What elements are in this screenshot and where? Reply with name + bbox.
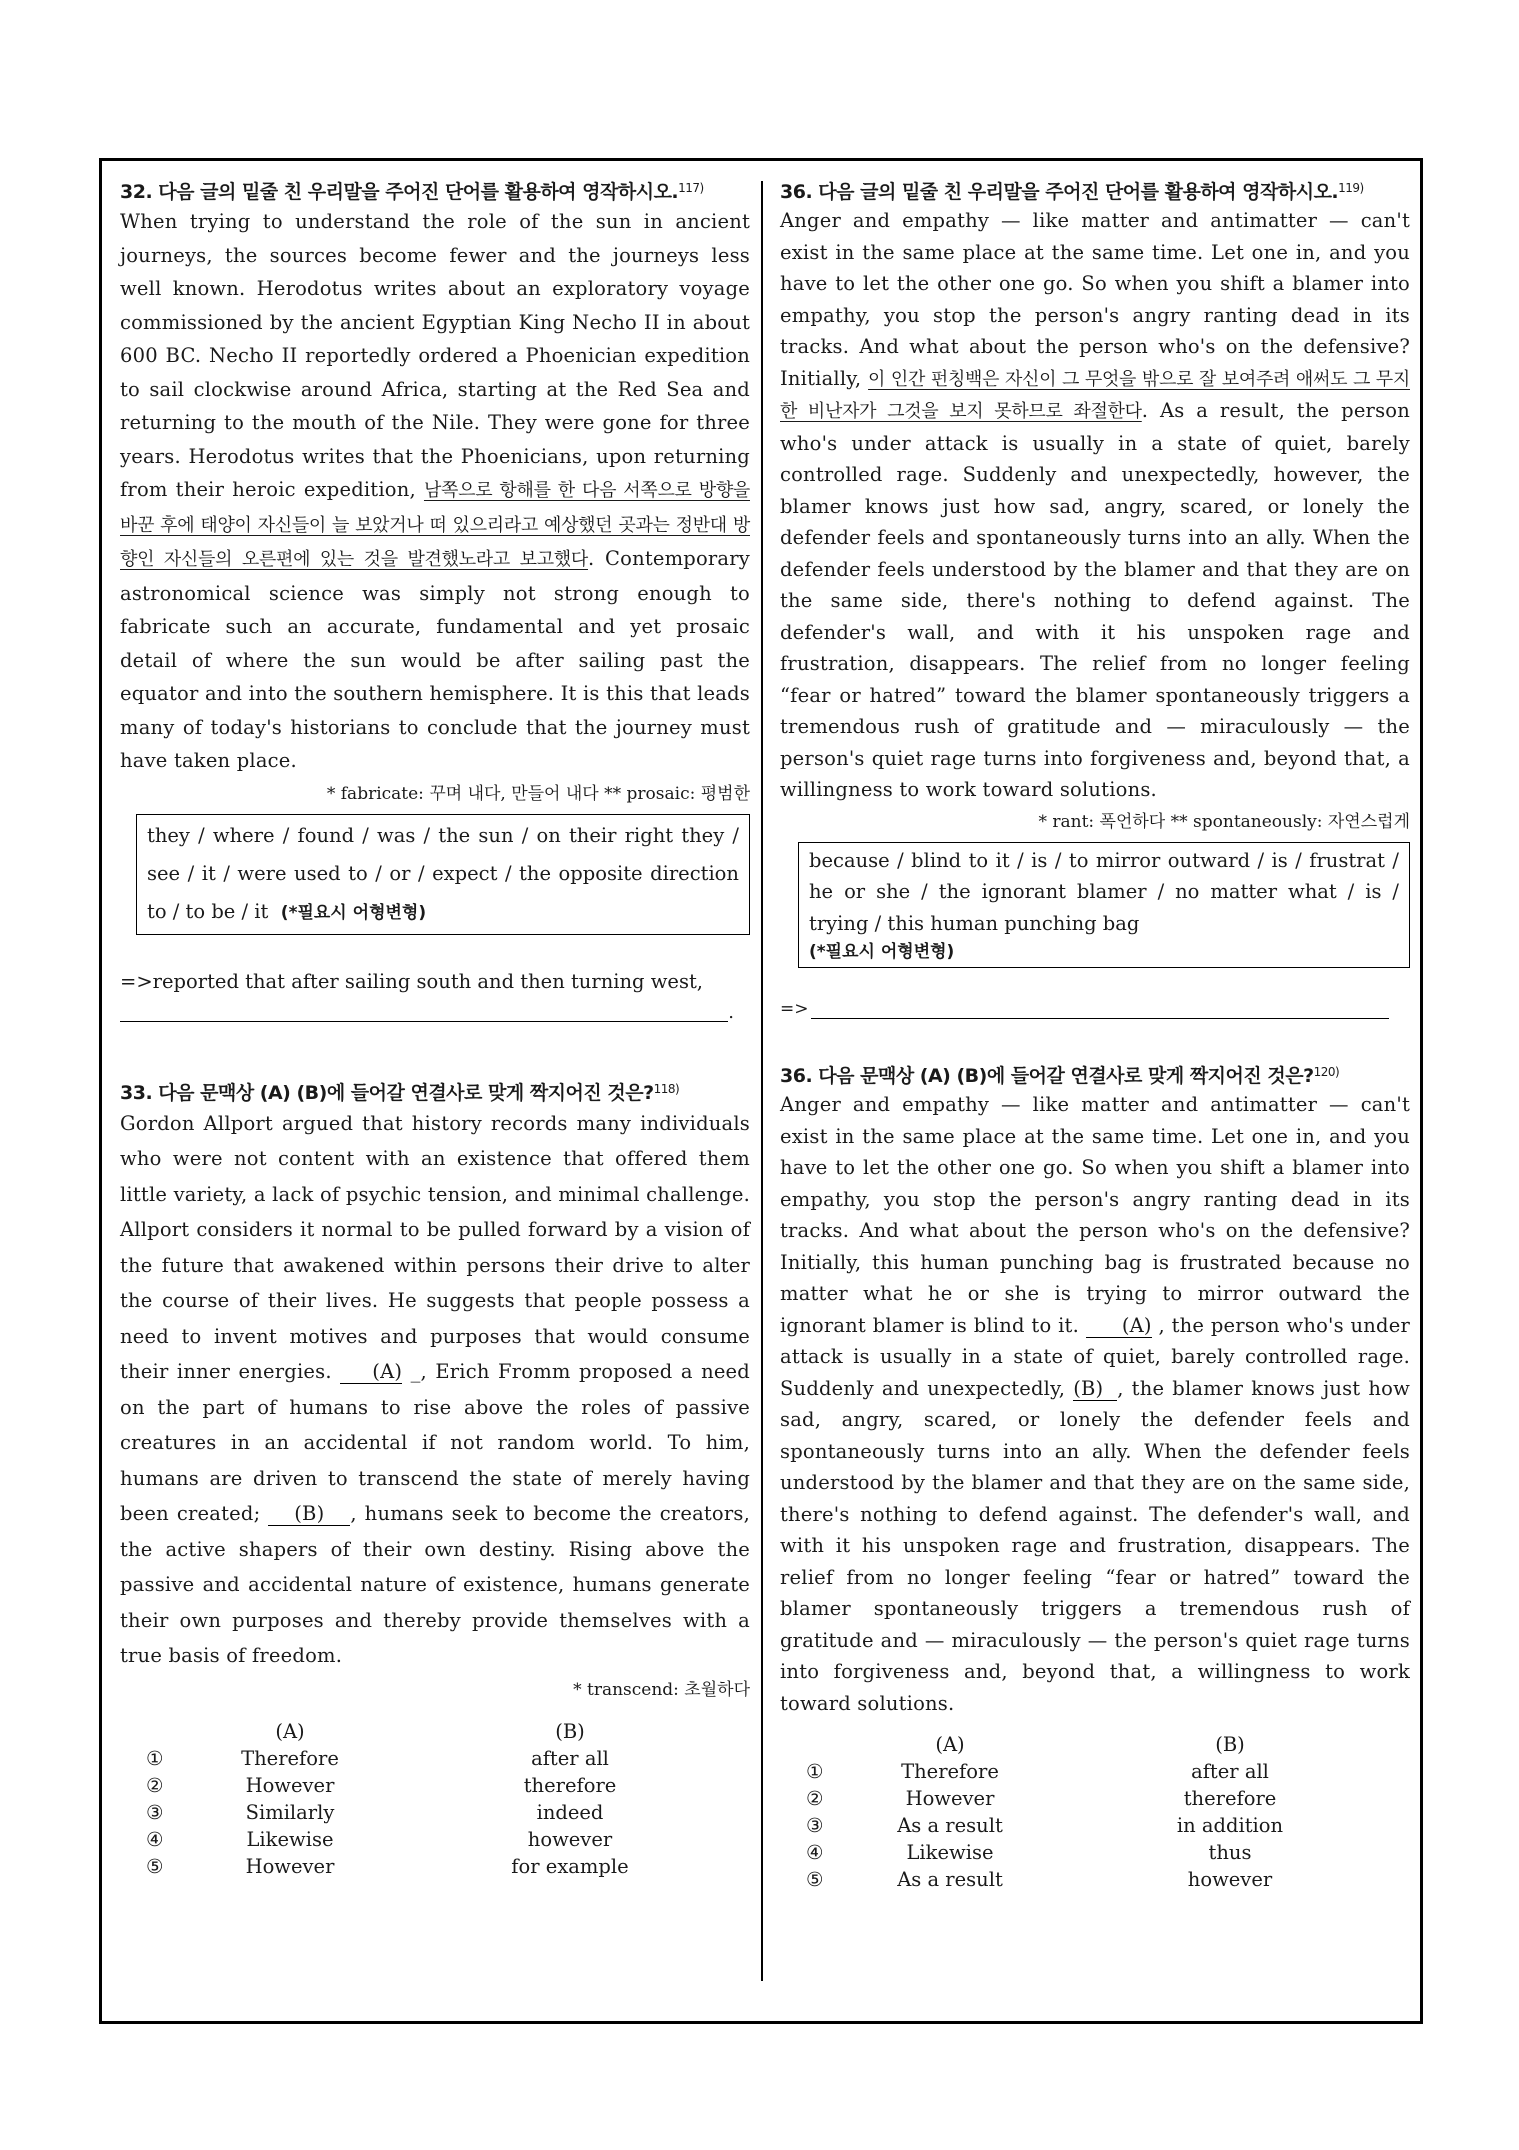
question-title: 36. 다음 글의 밑줄 친 우리말을 주어진 단어를 활용하여 영작하시오.1… [780, 175, 1410, 205]
question-32: 32. 다음 글의 밑줄 친 우리말을 주어진 단어를 활용하여 영작하시오.1… [120, 175, 750, 1022]
choice-option[interactable]: ⑤ As a result however [780, 1866, 1410, 1893]
footnote-ref: 118) [654, 1082, 680, 1096]
question-title: 32. 다음 글의 밑줄 친 우리말을 주어진 단어를 활용하여 영작하시오.1… [120, 175, 750, 205]
choice-option[interactable]: ③ Similarly indeed [120, 1799, 750, 1826]
blank-a: (A) [340, 1361, 402, 1384]
footnote-ref: 117) [678, 181, 704, 195]
question-33: 33. 다음 문맥상 (A) (B)에 들어갈 연결사로 맞게 짝지어진 것은?… [120, 1076, 750, 1880]
blank-b: (B) [268, 1503, 350, 1526]
passage: When trying to understand the role of th… [120, 205, 750, 778]
word-bank: they / where / found / was / the sun / o… [147, 824, 739, 923]
choice-header: (A) (B) [120, 1718, 750, 1745]
choice-option[interactable]: ② However therefore [120, 1772, 750, 1799]
blank-a: (A) [1086, 1315, 1152, 1338]
footnote-ref: 119) [1338, 181, 1364, 195]
word-bank-box: they / where / found / was / the sun / o… [136, 814, 750, 935]
choice-option[interactable]: ① Therefore after all [120, 1745, 750, 1772]
passage: Gordon Allport argued that history recor… [120, 1106, 750, 1674]
passage: Anger and empathy — like matter and anti… [780, 1089, 1410, 1719]
glossary: * transcend: 초월하다 [120, 1676, 750, 1704]
glossary: * fabricate: 꾸며 내다, 만들어 내다 ** prosaic: 평… [120, 780, 750, 808]
footnote-ref: 120) [1314, 1065, 1340, 1079]
question-title: 33. 다음 문맥상 (A) (B)에 들어갈 연결사로 맞게 짝지어진 것은?… [120, 1076, 750, 1106]
glossary: * rant: 폭언하다 ** spontaneously: 자연스럽게 [780, 808, 1410, 836]
question-36-composition: 36. 다음 글의 밑줄 친 우리말을 주어진 단어를 활용하여 영작하시오.1… [780, 175, 1410, 1019]
question-instruction: 다음 문맥상 (A) (B)에 들어갈 연결사로 맞게 짝지어진 것은? [818, 1065, 1313, 1087]
answer-input-line[interactable] [811, 998, 1389, 1019]
worksheet-frame: 32. 다음 글의 밑줄 친 우리말을 주어진 단어를 활용하여 영작하시오.1… [99, 158, 1423, 2024]
question-title: 36. 다음 문맥상 (A) (B)에 들어갈 연결사로 맞게 짝지어진 것은?… [780, 1059, 1410, 1089]
word-bank-note: (*필요시 어형변형) [281, 903, 426, 923]
choice-option[interactable]: ④ Likewise however [120, 1826, 750, 1853]
answer-choices: (A) (B) ① Therefore after all ② However … [120, 1718, 750, 1880]
word-bank: because / blind to it / is / to mirror o… [809, 845, 1399, 940]
choice-header: (A) (B) [780, 1731, 1410, 1758]
choice-option[interactable]: ① Therefore after all [780, 1758, 1410, 1785]
passage: Anger and empathy — like matter and anti… [780, 205, 1410, 806]
question-instruction: 다음 글의 밑줄 친 우리말을 주어진 단어를 활용하여 영작하시오. [158, 181, 678, 203]
question-instruction: 다음 글의 밑줄 친 우리말을 주어진 단어를 활용하여 영작하시오. [818, 181, 1338, 203]
choice-option[interactable]: ④ Likewise thus [780, 1839, 1410, 1866]
question-number: 36. [780, 1065, 812, 1087]
choice-option[interactable]: ⑤ However for example [120, 1853, 750, 1880]
word-bank-note: (*필요시 어형변형) [809, 939, 1399, 965]
choice-option[interactable]: ② However therefore [780, 1785, 1410, 1812]
question-36-connectives: 36. 다음 문맥상 (A) (B)에 들어갈 연결사로 맞게 짝지어진 것은?… [780, 1059, 1410, 1893]
question-instruction: 다음 문맥상 (A) (B)에 들어갈 연결사로 맞게 짝지어진 것은? [158, 1082, 653, 1104]
answer-input-line[interactable]: . [120, 999, 728, 1022]
word-bank-box: because / blind to it / is / to mirror o… [798, 842, 1410, 969]
question-number: 33. [120, 1082, 152, 1104]
question-number: 36. [780, 181, 812, 203]
left-column: 32. 다음 글의 밑줄 친 우리말을 주어진 단어를 활용하여 영작하시오.1… [120, 175, 750, 1880]
right-column: 36. 다음 글의 밑줄 친 우리말을 주어진 단어를 활용하여 영작하시오.1… [780, 175, 1410, 1893]
column-divider [761, 181, 763, 1981]
answer-row: => [780, 998, 1410, 1019]
answer-prompt: =>reported that after sailing south and … [120, 965, 750, 999]
answer-prompt: => [780, 999, 809, 1019]
answer-choices: (A) (B) ① Therefore after all ② However … [780, 1731, 1410, 1893]
question-number: 32. [120, 181, 152, 203]
choice-option[interactable]: ③ As a result in addition [780, 1812, 1410, 1839]
blank-b: (B) [1073, 1378, 1117, 1401]
